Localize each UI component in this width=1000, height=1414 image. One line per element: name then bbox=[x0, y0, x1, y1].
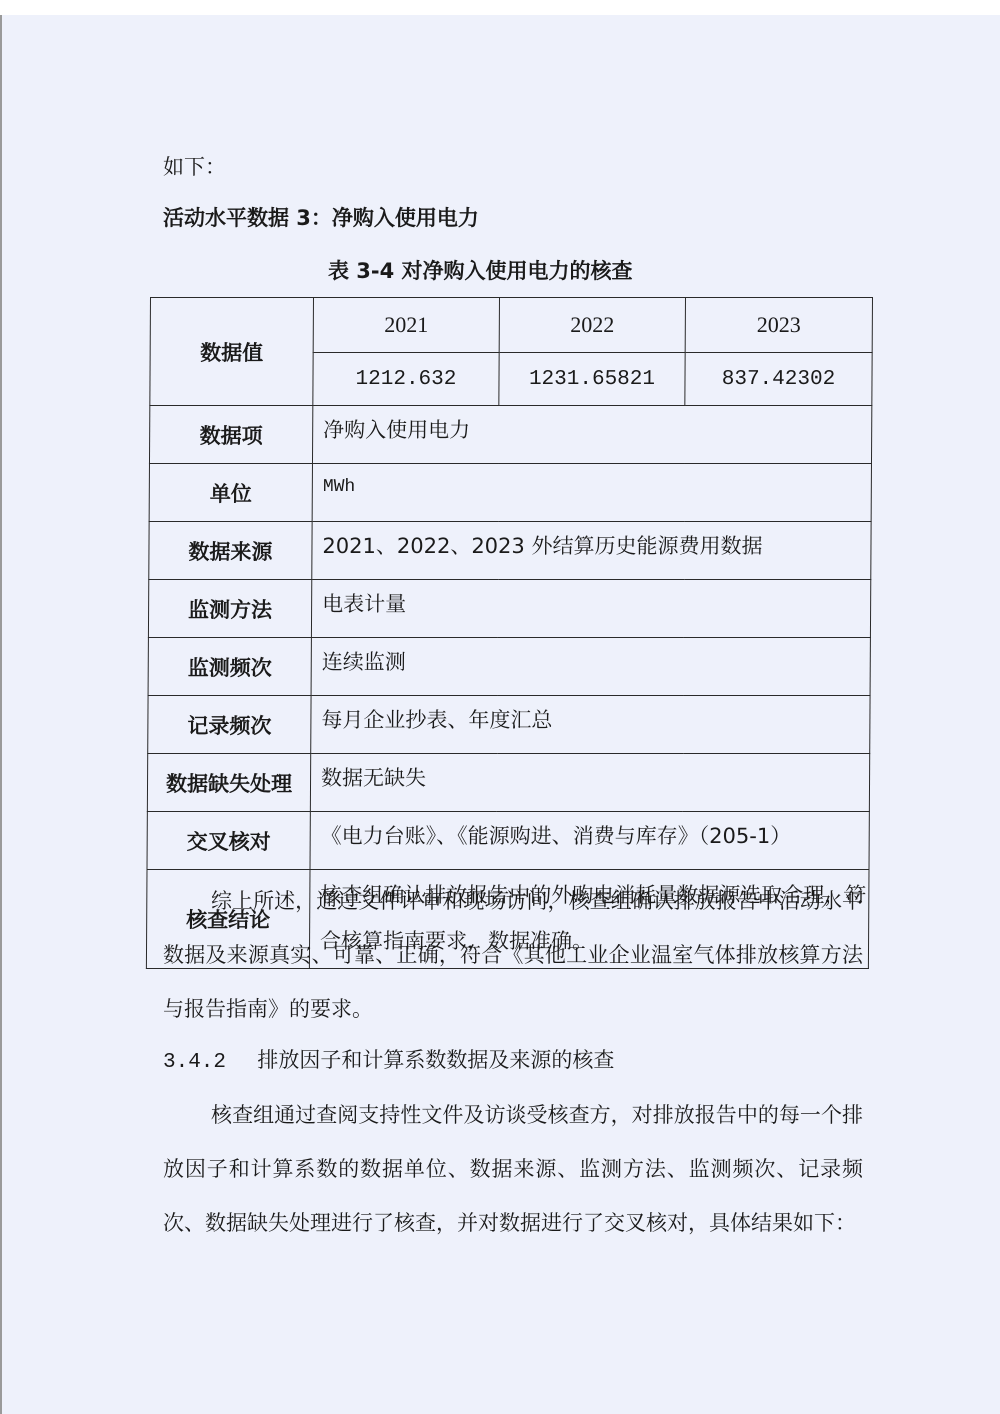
row-label-data-source: 数据来源 bbox=[149, 522, 312, 580]
electricity-verification-table: 数据值 2021 2022 2023 1212.632 1231.65821 8… bbox=[146, 297, 873, 969]
table-row: 监测频次 连续监测 bbox=[148, 638, 870, 696]
row-label-cross-check: 交叉核对 bbox=[147, 812, 310, 870]
row-label-monitoring-frequency: 监测频次 bbox=[148, 638, 311, 696]
value-2023: 837.42302 bbox=[685, 353, 872, 406]
section-heading: 3.4.2 排放因子和计算系数数据及来源的核查 bbox=[163, 1048, 614, 1075]
row-value-unit: MWh bbox=[312, 464, 871, 522]
year-2022: 2022 bbox=[499, 298, 685, 353]
row-value-monitoring-method: 电表计量 bbox=[311, 580, 870, 638]
row-value-missing-data-handling: 数据无缺失 bbox=[310, 754, 869, 812]
table-row-years: 数据值 2021 2022 2023 bbox=[150, 298, 872, 353]
value-2021: 1212.632 bbox=[313, 353, 499, 406]
table-row: 数据来源 2021、2022、2023 外结算历史能源费用数据 bbox=[149, 522, 871, 580]
row-label-data-item: 数据项 bbox=[149, 406, 312, 464]
row-label-unit: 单位 bbox=[149, 464, 312, 522]
row-value-data-item: 净购入使用电力 bbox=[312, 406, 871, 464]
summary-paragraph-text: 综上所述，通过文件评审和现场访问，核查组确认排放报告中活动水平数据及来源真实、可… bbox=[163, 889, 863, 1021]
row-label-missing-data-handling: 数据缺失处理 bbox=[147, 754, 310, 812]
summary-paragraph: 综上所述，通过文件评审和现场访问，核查组确认排放报告中活动水平数据及来源真实、可… bbox=[163, 874, 863, 1036]
value-2022: 1231.65821 bbox=[499, 353, 685, 406]
table-row: 数据项 净购入使用电力 bbox=[149, 406, 871, 464]
section-paragraph-text: 核查组通过查阅支持性文件及访谈受核查方，对排放报告中的每一个排放因子和计算系数的… bbox=[163, 1103, 863, 1235]
table-row: 监测方法 电表计量 bbox=[148, 580, 870, 638]
row-label-recording-frequency: 记录频次 bbox=[148, 696, 311, 754]
row-value-data-source: 2021、2022、2023 外结算历史能源费用数据 bbox=[312, 522, 871, 580]
row-value-recording-frequency: 每月企业抄表、年度汇总 bbox=[311, 696, 870, 754]
section-title: 排放因子和计算系数数据及来源的核查 bbox=[257, 1048, 614, 1072]
intro-line: 如下： bbox=[163, 155, 226, 179]
table-row: 交叉核对 《电力台账》、《能源购进、消费与库存》（205-1） bbox=[147, 812, 869, 870]
table-row: 记录频次 每月企业抄表、年度汇总 bbox=[148, 696, 870, 754]
year-2023: 2023 bbox=[685, 298, 872, 353]
table-caption: 表 3-4 对净购入使用电力的核查 bbox=[328, 259, 633, 283]
activity-data-subheading: 活动水平数据 3：净购入使用电力 bbox=[163, 206, 479, 230]
row-value-monitoring-frequency: 连续监测 bbox=[311, 638, 870, 696]
row-value-cross-check: 《电力台账》、《能源购进、消费与库存》（205-1） bbox=[310, 812, 869, 870]
value-row-header: 数据值 bbox=[150, 298, 314, 406]
table-row: 数据缺失处理 数据无缺失 bbox=[147, 754, 869, 812]
year-2021: 2021 bbox=[313, 298, 499, 353]
table-row: 单位 MWh bbox=[149, 464, 871, 522]
section-paragraph: 核查组通过查阅支持性文件及访谈受核查方，对排放报告中的每一个排放因子和计算系数的… bbox=[163, 1088, 863, 1250]
row-label-monitoring-method: 监测方法 bbox=[148, 580, 311, 638]
section-number: 3.4.2 bbox=[163, 1051, 226, 1074]
